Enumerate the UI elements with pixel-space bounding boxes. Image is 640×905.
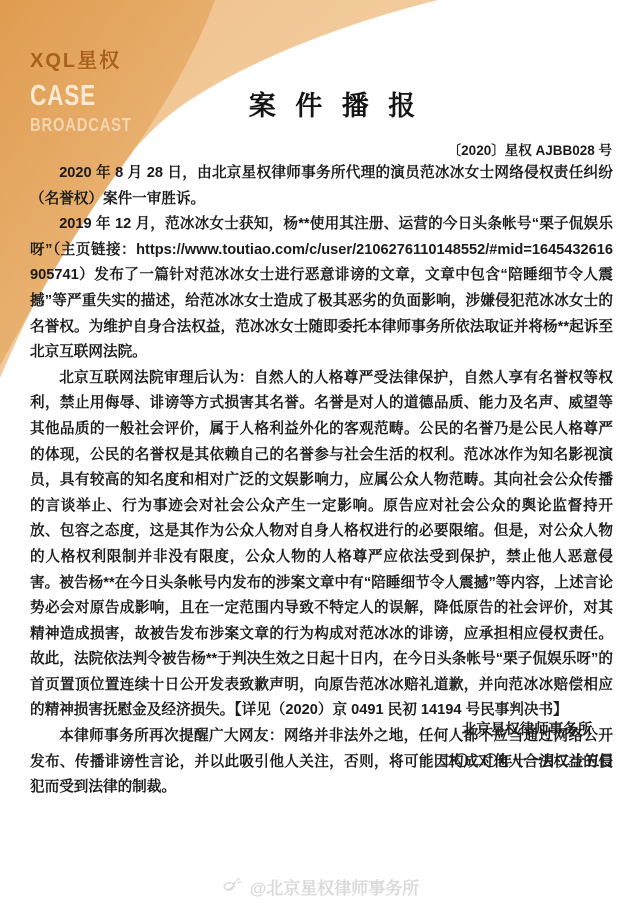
paragraph-case-background: 2019 年 12 月，范冰冰女士获知，杨**使用其注册、运营的今日头条帐号“栗…: [30, 212, 613, 366]
document-body: 2020 年 8 月 28 日，由北京星权律师事务所代理的演员范冰冰女士网络侵权…: [30, 161, 613, 801]
page-title: 案 件 播 报: [30, 84, 640, 123]
paragraph-judgment-result: 2020 年 8 月 28 日，由北京星权律师事务所代理的演员范冰冰女士网络侵权…: [30, 161, 613, 212]
firm-logo-text: XQL星权: [30, 50, 121, 72]
signature-date: 二〇二〇年十一月二十五日: [440, 750, 614, 771]
signature-block: 北京星权律师事务所 二〇二〇年十一月二十五日: [440, 718, 614, 771]
case-broadcast-document: XQL星权 CASE BROADCAST 案 件 播 报 〔2020〕星权 AJ…: [0, 0, 640, 905]
watermark-text: @北京星权律师事务所: [250, 874, 420, 899]
watermark: @北京星权律师事务所: [0, 874, 640, 899]
firm-signature: 北京星权律师事务所: [440, 718, 614, 739]
document-number: 〔2020〕星权 AJBB028 号: [448, 139, 612, 159]
weibo-icon: [221, 877, 245, 897]
firm-logo: XQL星权: [30, 44, 121, 73]
paragraph-court-opinion: 北京互联网法院审理后认为：自然人的人格尊严受法律保护，自然人享有名誉权等权利，禁…: [30, 366, 613, 724]
